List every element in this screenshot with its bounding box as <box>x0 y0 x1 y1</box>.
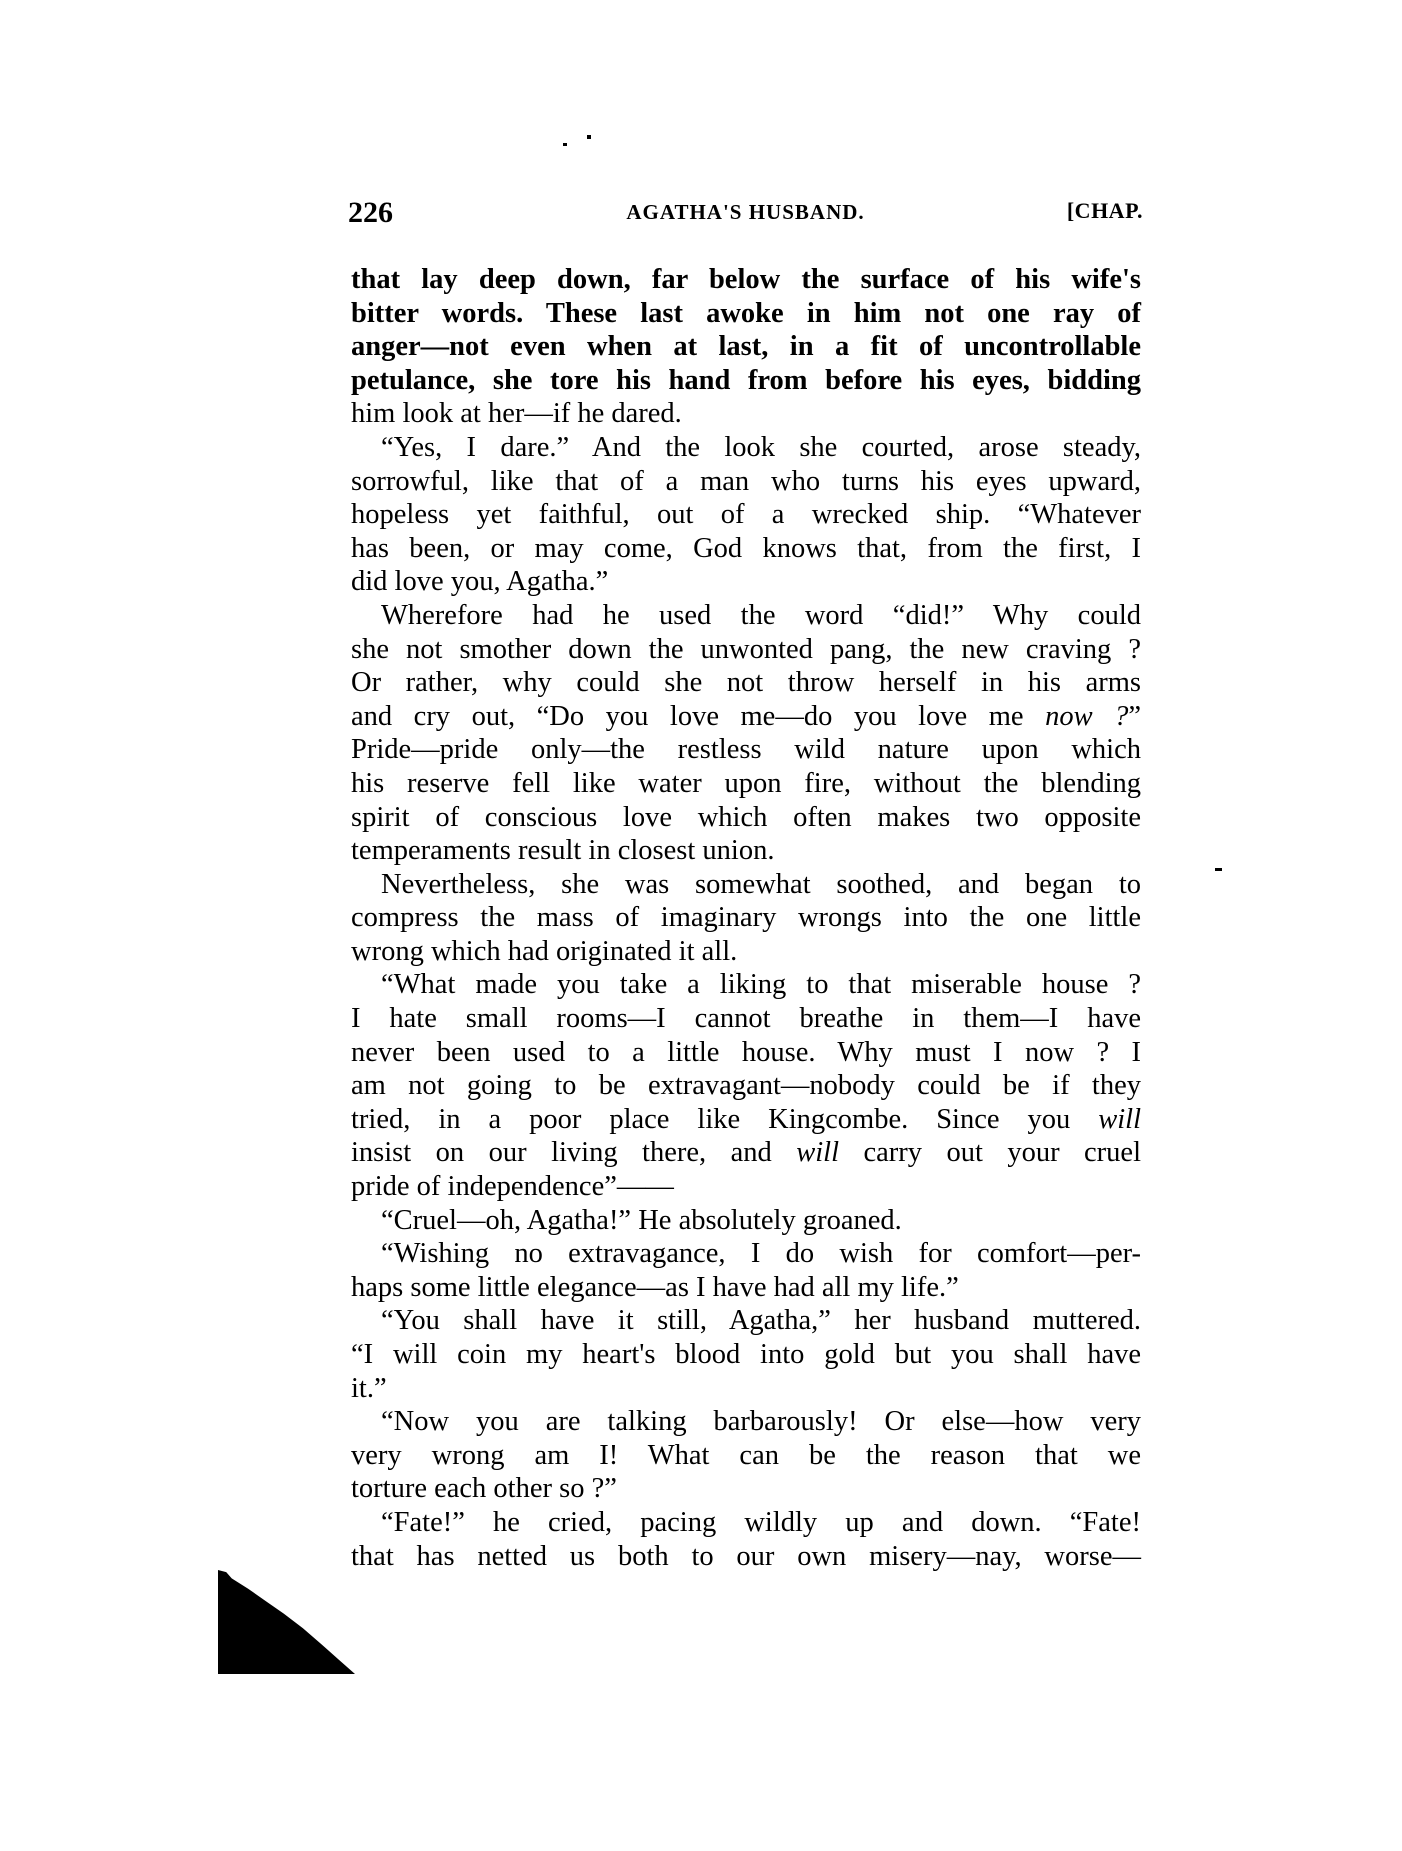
text-line: tried, in a poor place like Kingcombe. S… <box>351 1103 1141 1137</box>
text-line: she not smother down the unwonted pang, … <box>351 633 1141 667</box>
text-line: “What made you take a liking to that mis… <box>351 968 1141 1002</box>
text-line: has been, or may come, God knows that, f… <box>351 532 1141 566</box>
text-line: “Yes, I dare.” And the look she courted,… <box>351 431 1141 465</box>
scan-speck <box>563 143 567 146</box>
page-body-text: that lay deep down, far below the surfac… <box>351 263 1141 1573</box>
book-page: 226 AGATHA'S HUSBAND. [CHAP. that lay de… <box>0 0 1402 1851</box>
text-line: “Now you are talking barbarously! Or els… <box>351 1405 1141 1439</box>
text-line: that has netted us both to our own miser… <box>351 1540 1141 1574</box>
text-line: am not going to be extravagant—nobody co… <box>351 1069 1141 1103</box>
chapter-marker: [CHAP. <box>1067 198 1143 224</box>
text-line: spirit of conscious love which often mak… <box>351 801 1141 835</box>
text-line: anger—not even when at last, in a fit of… <box>351 330 1141 364</box>
text-line: “You shall have it still, Agatha,” her h… <box>351 1304 1141 1338</box>
text-line: sorrowful, like that of a man who turns … <box>351 465 1141 499</box>
text-line: him look at her—if he dared. <box>351 397 1141 431</box>
text-line: and cry out, “Do you love me—do you love… <box>351 700 1141 734</box>
text-line: petulance, she tore his hand from before… <box>351 364 1141 398</box>
text-line: that lay deep down, far below the surfac… <box>351 263 1141 297</box>
text-line: “I will coin my heart's blood into gold … <box>351 1338 1141 1372</box>
text-line: torture each other so ?” <box>351 1472 1141 1506</box>
text-line: compress the mass of imaginary wrongs in… <box>351 901 1141 935</box>
text-line: Pride—pride only—the restless wild natur… <box>351 733 1141 767</box>
text-line: it.” <box>351 1372 1141 1406</box>
scan-artifact-corner <box>218 1570 355 1674</box>
text-line: I hate small rooms—I cannot breathe in t… <box>351 1002 1141 1036</box>
text-line: “Cruel—oh, Agatha!” He absolutely groane… <box>351 1204 1141 1238</box>
text-line: haps some little elegance—as I have had … <box>351 1271 1141 1305</box>
text-line: Wherefore had he used the word “did!” Wh… <box>351 599 1141 633</box>
scan-speck <box>587 135 591 139</box>
text-line: insist on our living there, and will car… <box>351 1136 1141 1170</box>
margin-mark <box>1215 868 1222 871</box>
text-line: hopeless yet faithful, out of a wrecked … <box>351 498 1141 532</box>
text-line: wrong which had originated it all. <box>351 935 1141 969</box>
text-line: very wrong am I! What can be the reason … <box>351 1439 1141 1473</box>
text-line: Nevertheless, she was somewhat soothed, … <box>351 868 1141 902</box>
text-line: “Fate!” he cried, pacing wildly up and d… <box>351 1506 1141 1540</box>
text-line: did love you, Agatha.” <box>351 565 1141 599</box>
running-header: 226 AGATHA'S HUSBAND. [CHAP. <box>348 196 1143 232</box>
text-line: temperaments result in closest union. <box>351 834 1141 868</box>
text-line: “Wishing no extravagance, I do wish for … <box>351 1237 1141 1271</box>
text-line: pride of independence”—— <box>351 1170 1141 1204</box>
text-line: bitter words. These last awoke in him no… <box>351 297 1141 331</box>
running-title: AGATHA'S HUSBAND. <box>348 200 1143 225</box>
text-line: Or rather, why could she not throw herse… <box>351 666 1141 700</box>
text-line: his reserve fell like water upon fire, w… <box>351 767 1141 801</box>
text-line: never been used to a little house. Why m… <box>351 1036 1141 1070</box>
